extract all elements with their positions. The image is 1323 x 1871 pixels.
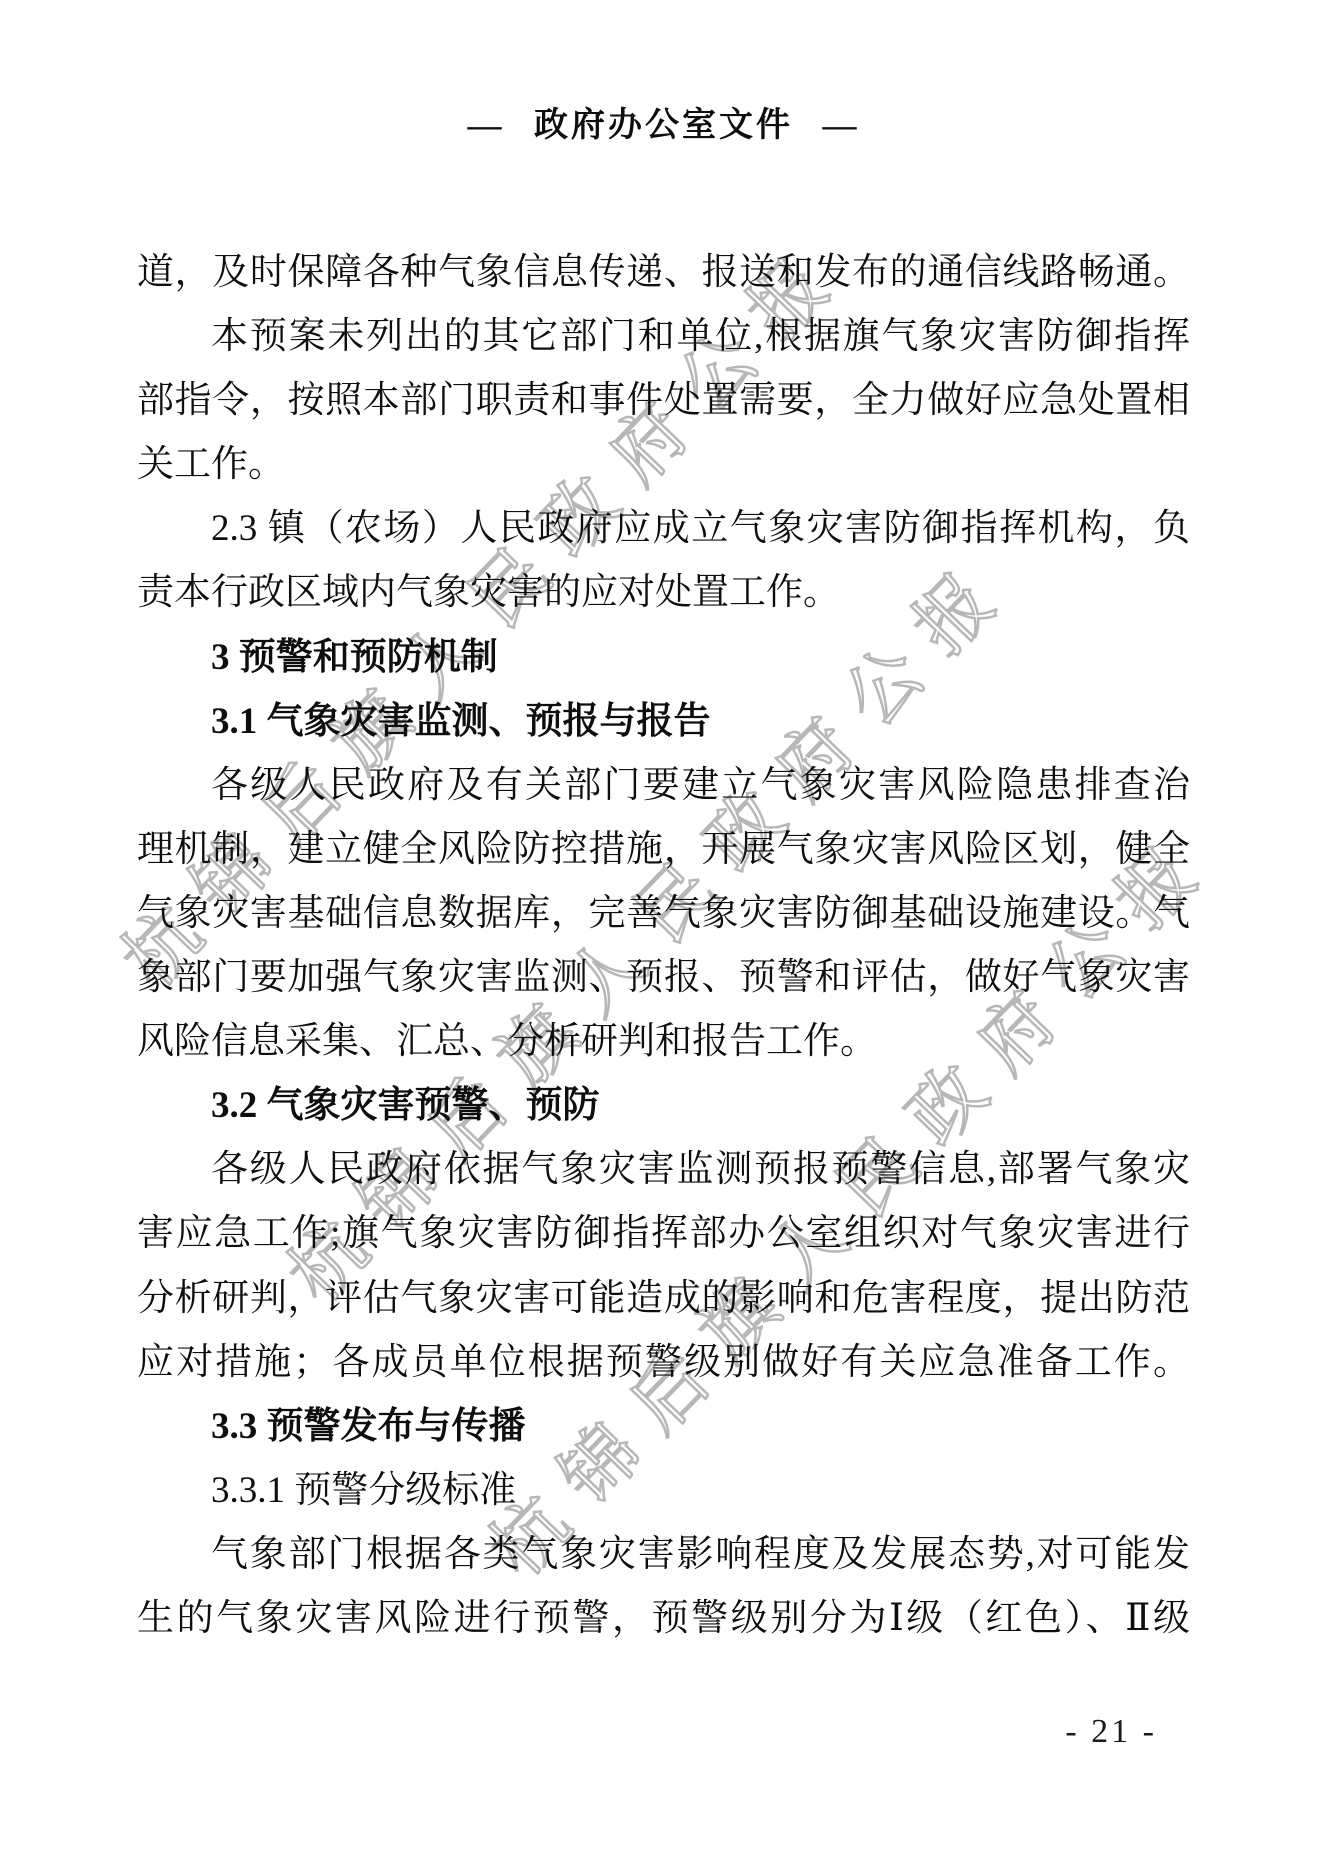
text-line: 各级人民政府及有关部门要建立气象灾害风险隐患排查治 xyxy=(137,754,1190,818)
text-line: 2.3 镇（农场）人民政府应成立气象灾害防御指挥机构，负 xyxy=(137,497,1190,561)
text-line: 3.1 气象灾害监测、预报与报告 xyxy=(137,690,1190,754)
text-line: 3.3.1 预警分级标准 xyxy=(137,1459,1190,1523)
text-line: 3 预警和预防机制 xyxy=(137,626,1190,690)
text-line: 生的气象灾害风险进行预警，预警级别分为Ⅰ级（红色）、Ⅱ级 xyxy=(137,1587,1190,1651)
text-line: 关工作。 xyxy=(137,433,1190,497)
document-page: 杭锦后旗人民政府公报 杭锦后旗人民政府公报 杭锦后旗人民政府公报 — 政府办公室… xyxy=(0,0,1323,1871)
page-number: - 21 - xyxy=(1065,1712,1157,1752)
text-line: 部指令，按照本部门职责和事件处置需要，全力做好应急处置相 xyxy=(137,369,1190,433)
text-line: 3.2 气象灾害预警、预防 xyxy=(137,1074,1190,1138)
text-line: 应对措施；各成员单位根据预警级别做好有关应急准备工作。 xyxy=(137,1331,1190,1395)
text-line: 理机制，建立健全风险防控措施，开展气象灾害风险区划，健全 xyxy=(137,818,1190,882)
text-line: 本预案未列出的其它部门和单位,根据旗气象灾害防御指挥 xyxy=(137,305,1190,369)
text-line: 责本行政区域内气象灾害的应对处置工作。 xyxy=(137,561,1190,625)
text-line: 3.3 预警发布与传播 xyxy=(137,1395,1190,1459)
document-body: 道，及时保障各种气象信息传递、报送和发布的通信线路畅通。本预案未列出的其它部门和… xyxy=(137,241,1190,1651)
text-line: 道，及时保障各种气象信息传递、报送和发布的通信线路畅通。 xyxy=(137,241,1190,305)
text-line: 分析研判，评估气象灾害可能造成的影响和危害程度，提出防范 xyxy=(137,1267,1190,1331)
text-line: 气象部门根据各类气象灾害影响程度及发展态势,对可能发 xyxy=(137,1523,1190,1587)
text-line: 气象灾害基础信息数据库，完善气象灾害防御基础设施建设。气 xyxy=(137,882,1190,946)
page-header: — 政府办公室文件 — xyxy=(137,97,1190,146)
text-line: 风险信息采集、汇总、分析研判和报告工作。 xyxy=(137,1010,1190,1074)
text-line: 象部门要加强气象灾害监测、预报、预警和评估，做好气象灾害 xyxy=(137,946,1190,1010)
text-line: 害应急工作;旗气象灾害防御指挥部办公室组织对气象灾害进行 xyxy=(137,1202,1190,1266)
text-line: 各级人民政府依据气象灾害监测预报预警信息,部署气象灾 xyxy=(137,1138,1190,1202)
